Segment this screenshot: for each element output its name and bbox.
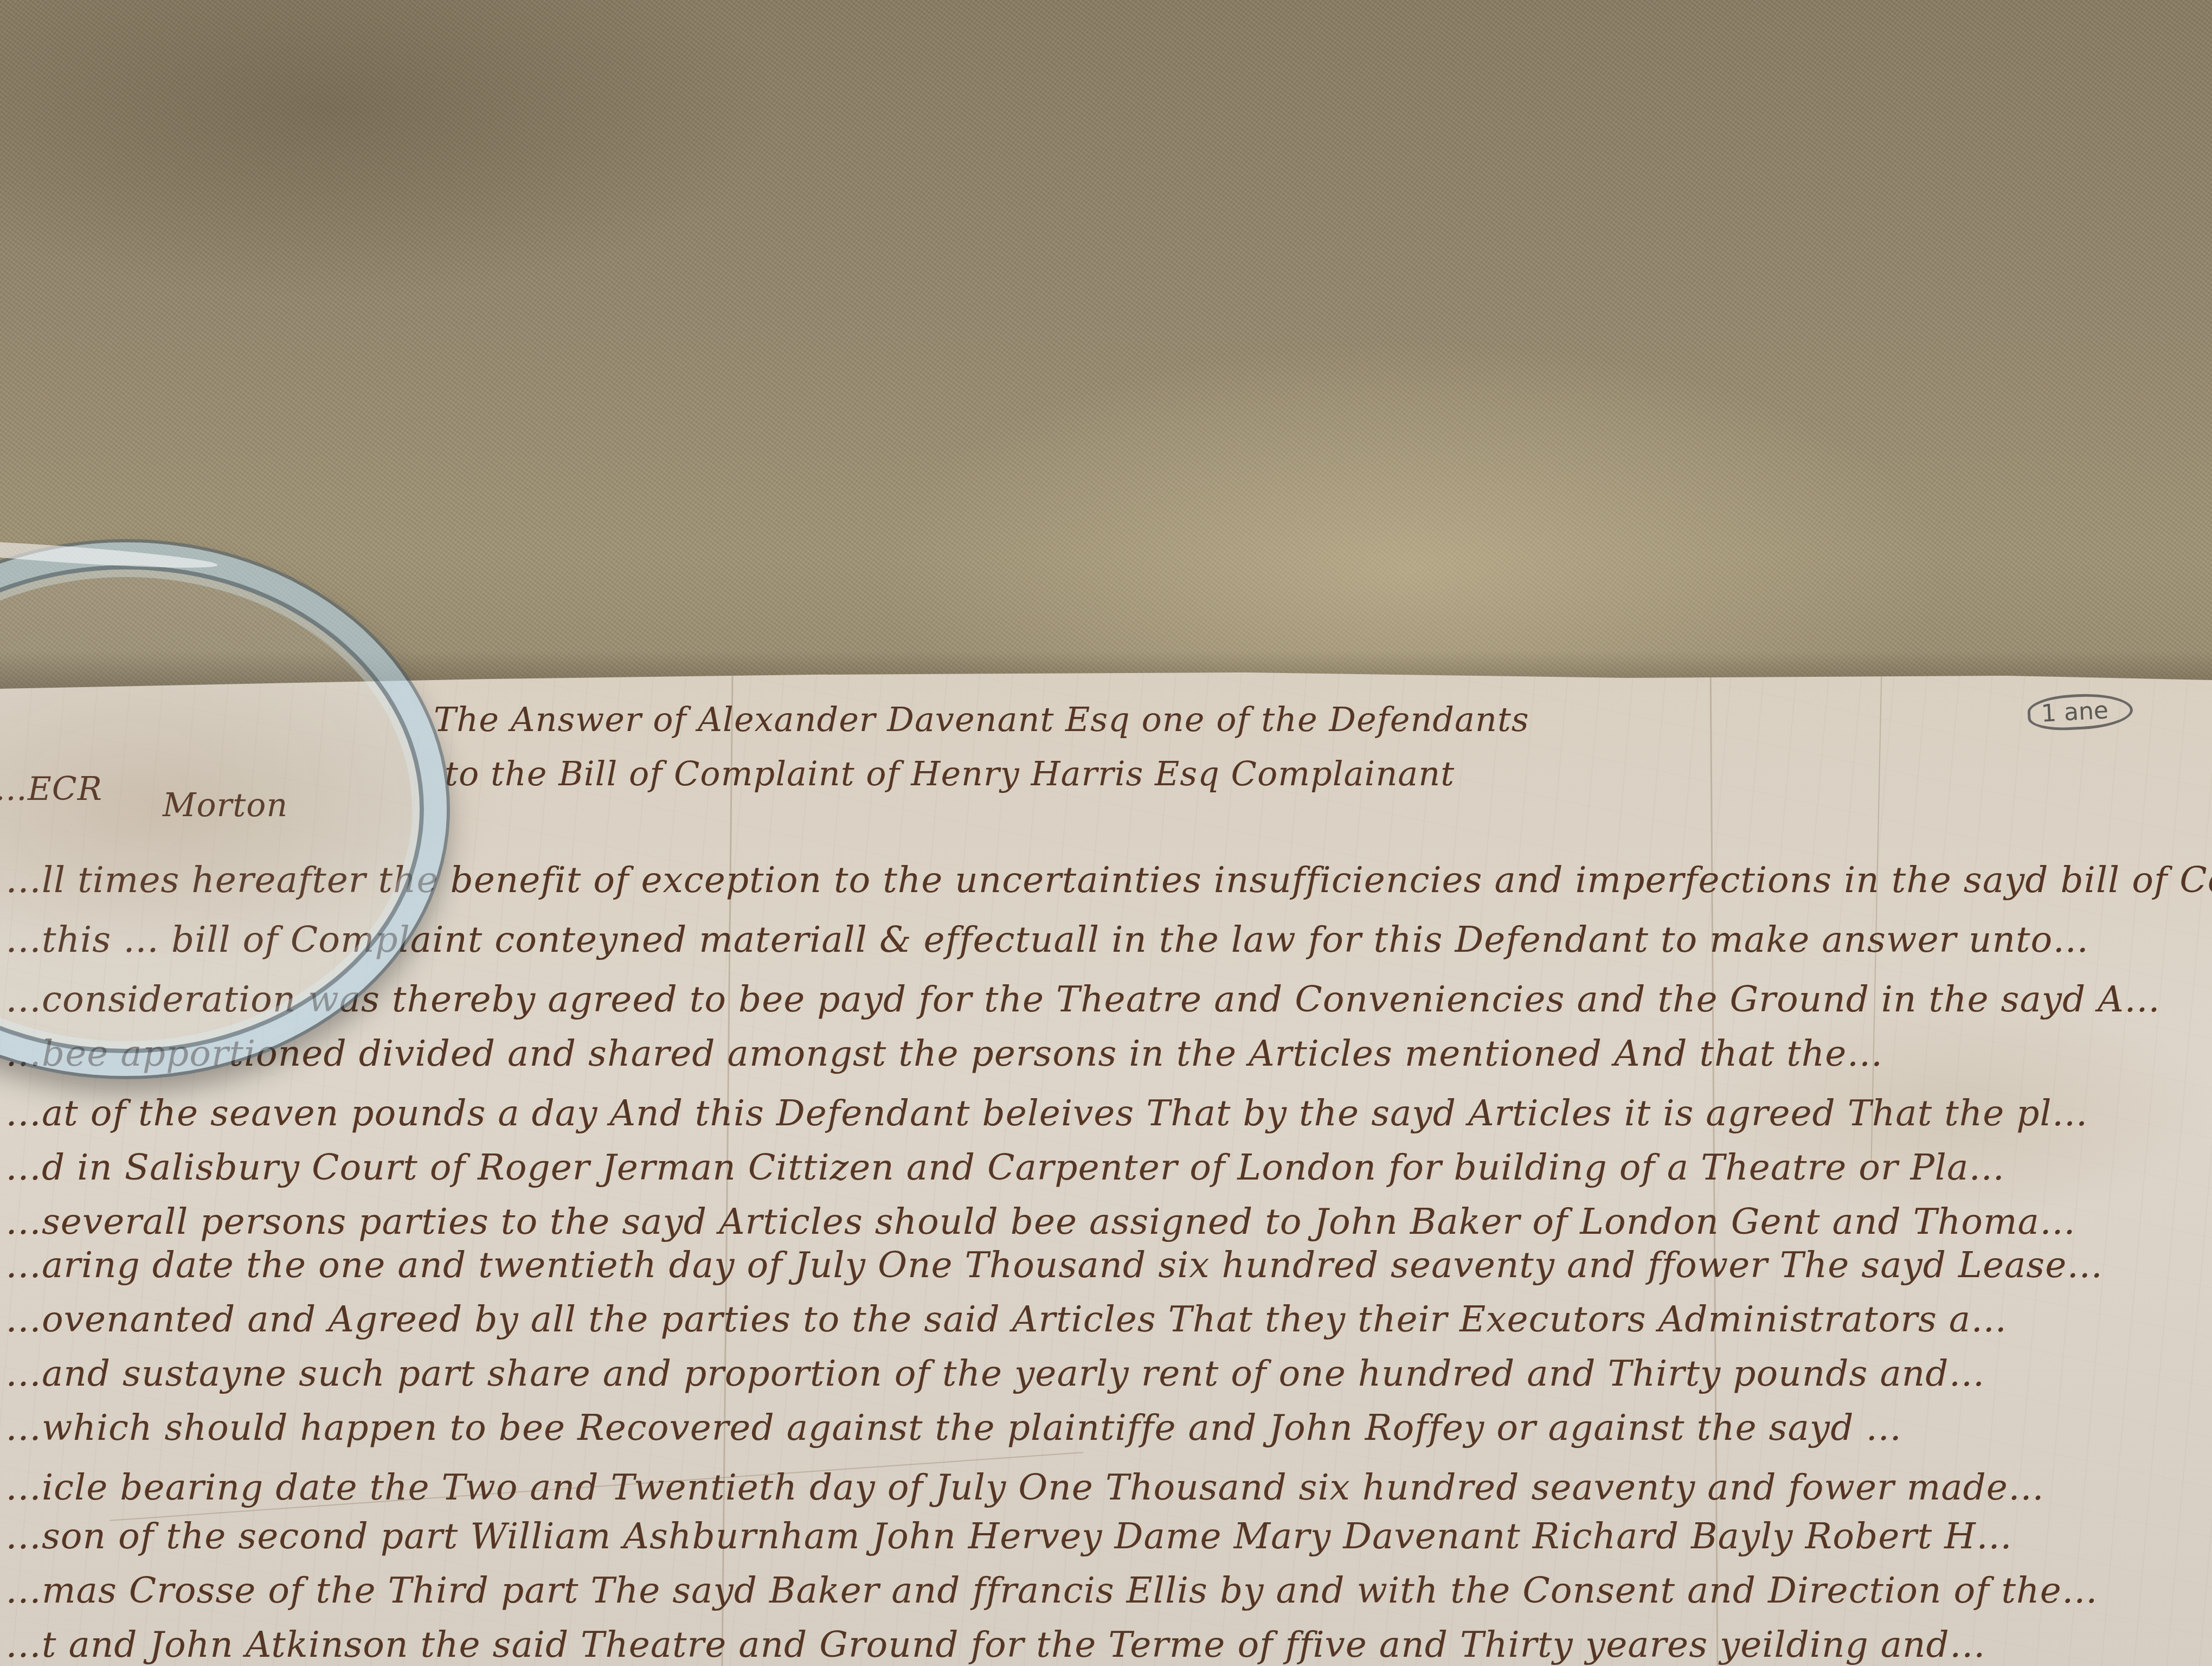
leather-desk-surface [0, 0, 2212, 694]
document-body-line: …which should happen to bee Recovered ag… [5, 1410, 1902, 1446]
document-body-line: …d in Salisbury Court of Roger Jerman Ci… [5, 1150, 2005, 1186]
document-body-line: …at of the seaven pounds a day And this … [5, 1095, 2088, 1131]
document-heading-line-1: The Answer of Alexander Davenant Esq one… [434, 700, 1529, 739]
document-body-line: …severall persons parties to the sayd Ar… [5, 1204, 2076, 1240]
document-body-line: …son of the second part William Ashburnh… [5, 1518, 2012, 1554]
document-body-line: …and sustayne such part share and propor… [5, 1356, 1985, 1392]
document-body-line: …t and John Atkinson the said Theatre an… [5, 1627, 1986, 1663]
document-heading-line-2: to the Bill of Complaint of Henry Harris… [445, 754, 1455, 793]
document-body-line: …mas Crosse of the Third part The sayd B… [5, 1573, 2098, 1609]
fold-crease [1871, 672, 1882, 1161]
document-body-line: …aring date the one and twentieth day of… [5, 1247, 2103, 1283]
document-body-line: …ovenanted and Agreed by all the parties… [5, 1302, 2007, 1337]
document-body-line: …bee apportioned divided and shared amon… [5, 1036, 1883, 1072]
document-body-line: …icle bearing date the Two and Twentieth… [5, 1470, 2044, 1505]
